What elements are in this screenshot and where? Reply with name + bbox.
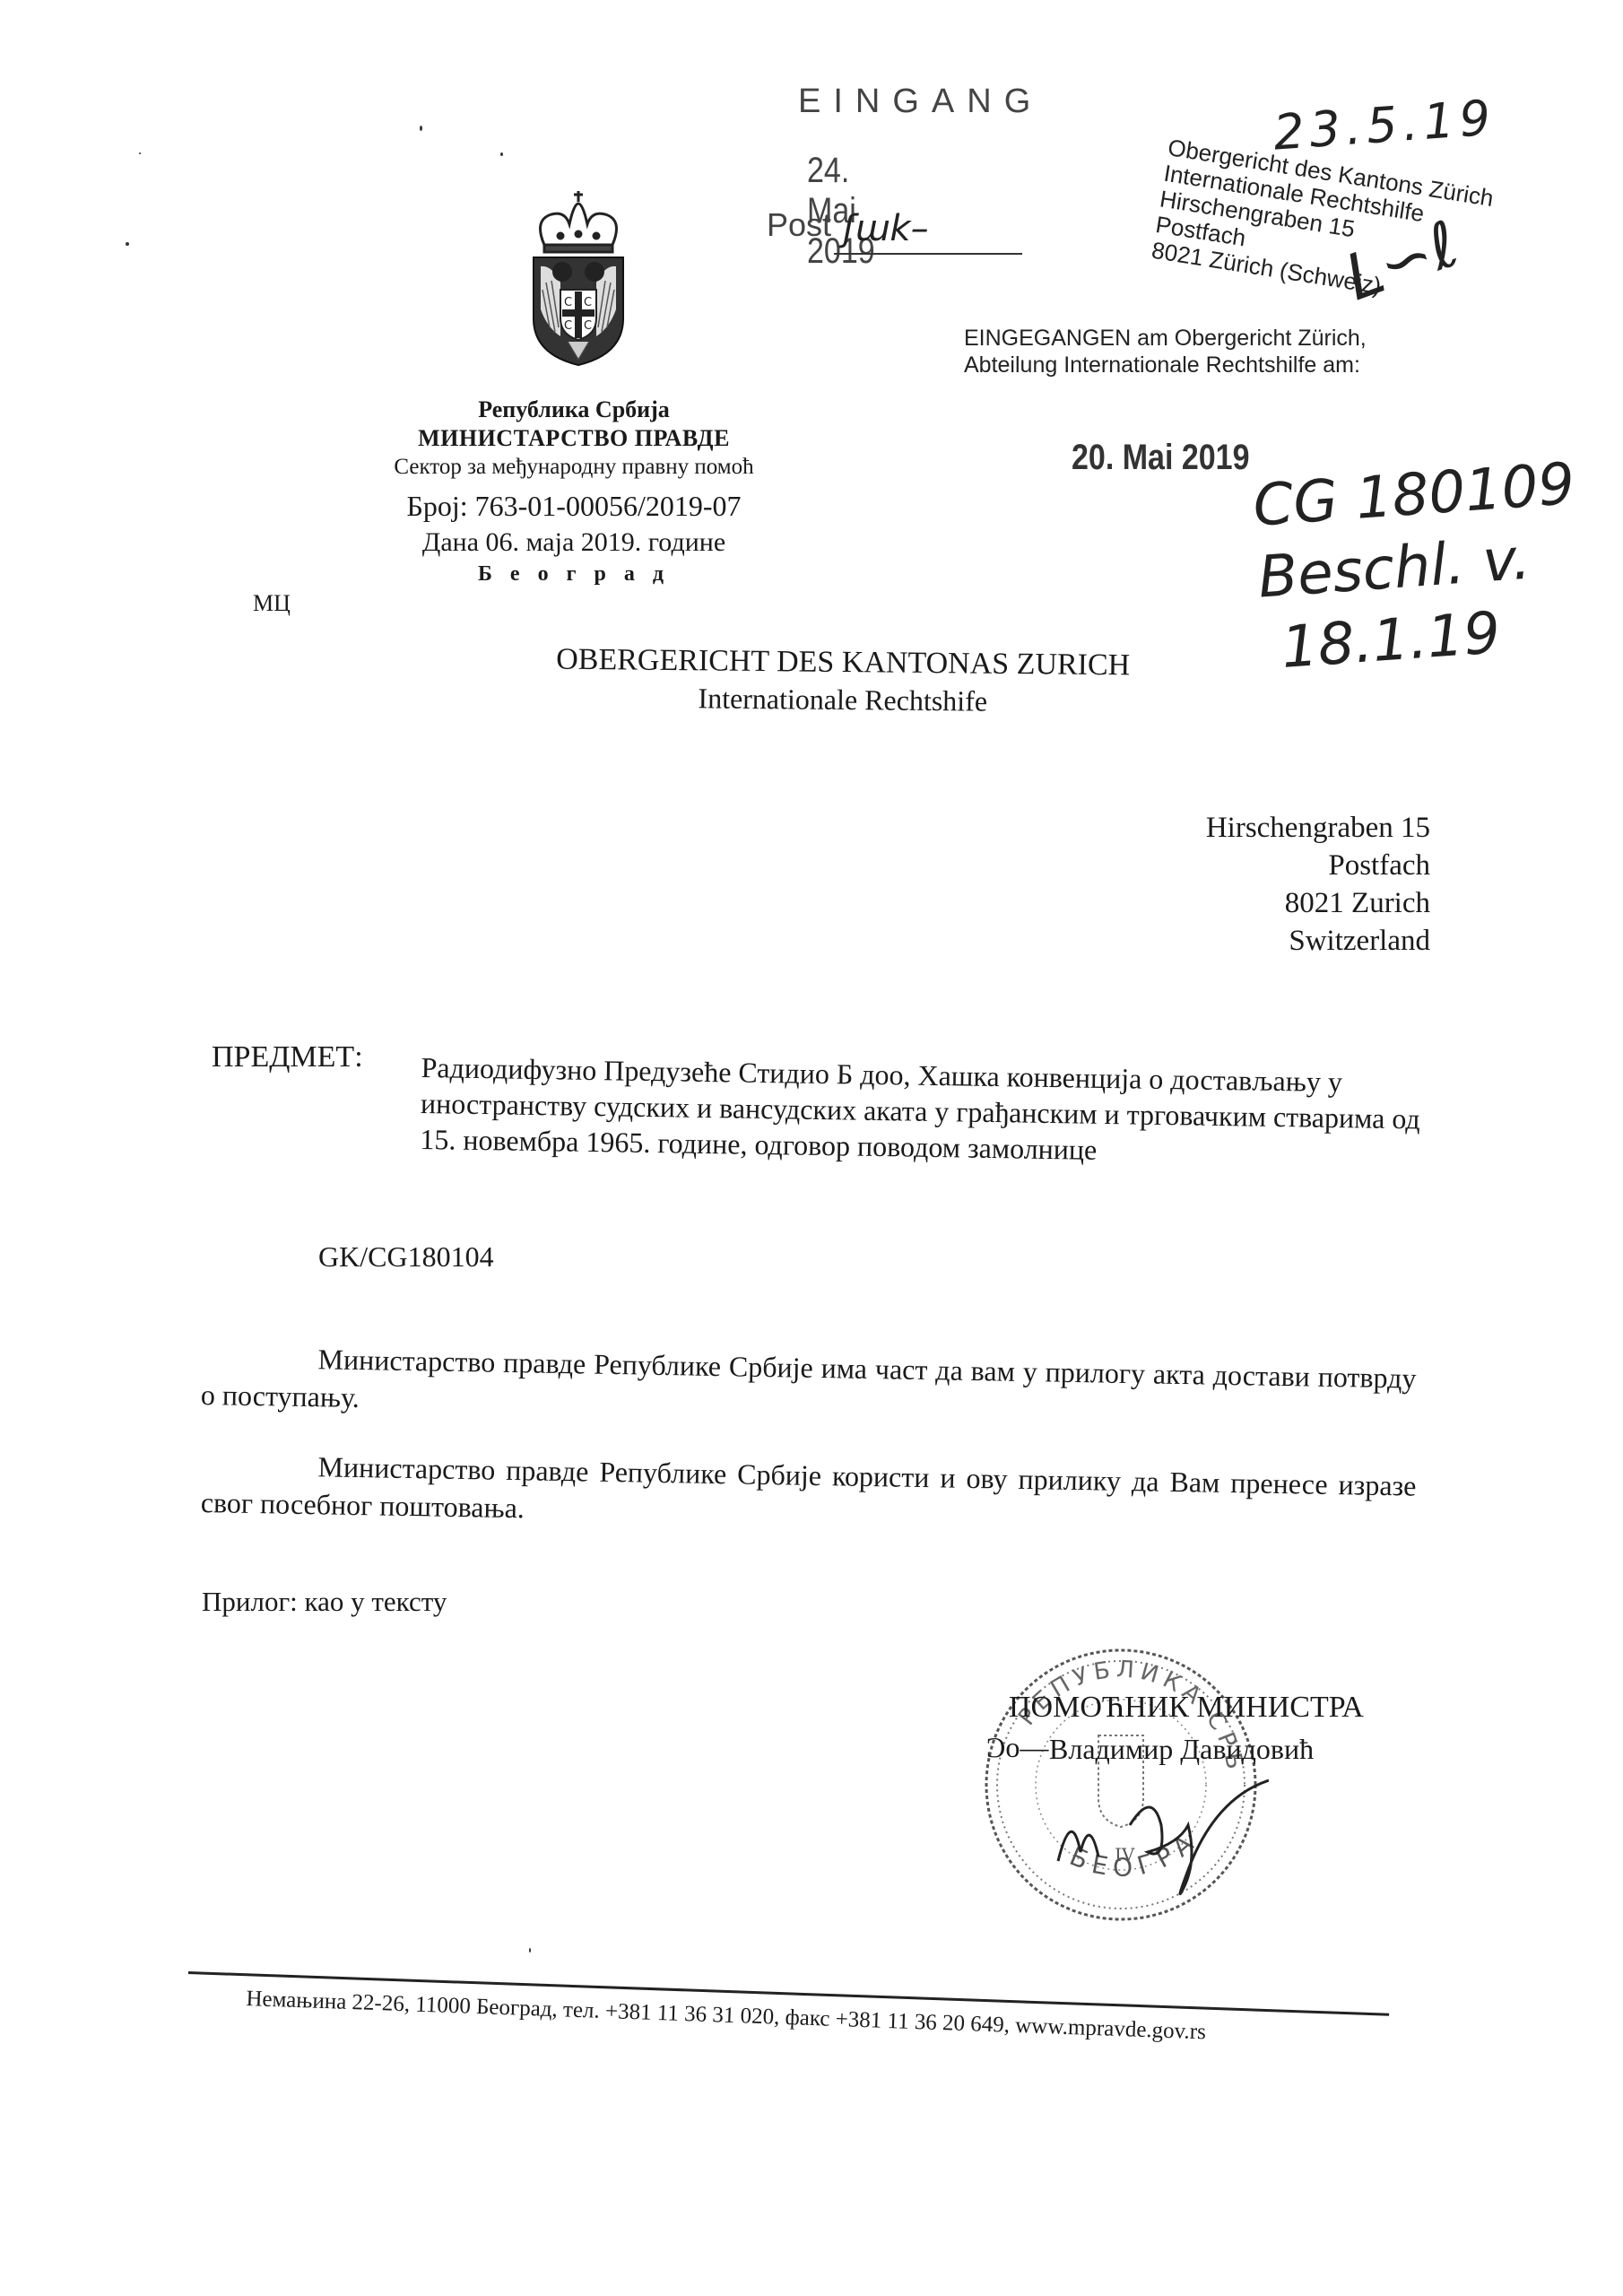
official-seal-icon: РЕПУБЛИКА СРБИЈА БЕОГРАД IV [973, 1637, 1269, 1933]
signature-prefix-mark: Ͻо— [986, 1731, 1048, 1764]
scan-speck [126, 242, 129, 246]
address-line: Postfach [1058, 847, 1430, 884]
svg-text:С: С [564, 319, 572, 333]
seal-number: IV [1115, 1844, 1135, 1865]
letterhead-date: Дана 06. маја 2019. године [341, 526, 807, 560]
letterhead-ministry: МИНИСТАРСТВО ПРАВДЕ [341, 425, 807, 452]
scan-speck [139, 152, 141, 154]
recipient-block: OBERGERICHT DES KANTONAS ZURICH Internat… [448, 639, 1238, 721]
handwritten-receipt-date: 23.5.19 [1271, 89, 1497, 161]
body-paragraph: Министарство правде Републике Србије кор… [201, 1446, 1417, 1543]
letterhead-number: Број: 763-01-00056/2019-07 [341, 486, 807, 526]
coat-of-arms-icon: С С С С [525, 184, 632, 368]
eingegangen-stamp: EINGEGANGEN am Obergericht Zürich, Abtei… [964, 325, 1367, 378]
signatory-name: Владимир Давидовић [1049, 1733, 1314, 1766]
paragraph-text: Министарство правде Републике Србије кор… [201, 1450, 1417, 1524]
scan-speck [420, 126, 422, 131]
eingang-stamp-signature-line [834, 253, 1022, 255]
letterhead-sector: Сектор за међународну правну помоћ [341, 452, 807, 483]
enclosure-note: Прилог: као у тексту [202, 1586, 447, 1618]
recipient-address: Hirschengraben 15 Postfach 8021 Zurich S… [1058, 809, 1430, 960]
author-initials: МЦ [253, 590, 291, 617]
eingegangen-date: 20. Mai 2019 [1072, 438, 1249, 478]
footer-contact: Немањина 22-26, 11000 Београд, тел. +381… [246, 1987, 1206, 2045]
ministry-letterhead: Република Србија МИНИСТАРСТВО ПРАВДЕ Сек… [341, 395, 807, 588]
letterhead-country: Република Србија [341, 395, 807, 425]
svg-text:С: С [564, 296, 572, 309]
signatory-title: ПОМОЋНИК МИНИСТРА [1009, 1691, 1364, 1725]
eingegangen-line-2: Abteilung Internationale Rechtshilfe am: [964, 352, 1367, 378]
paragraph-text: Министарство правде Републике Србије има… [201, 1343, 1417, 1413]
subject-text: Радиодифузно Предузеће Стидио Б доо, Хаш… [420, 1049, 1444, 1173]
address-line: Hirschengraben 15 [1058, 809, 1430, 847]
letterhead-city: Б е о г р а д [341, 560, 807, 588]
eingang-stamp-title: EINGANG [798, 83, 1043, 121]
address-line: Switzerland [1058, 922, 1430, 960]
handwritten-case-reference: CG 180109 Beschl. v. 18.1.19 [1251, 448, 1587, 685]
eingegangen-line-1: EINGEGANGEN am Obergericht Zürich, [964, 325, 1367, 352]
svg-text:С: С [584, 296, 592, 309]
eingang-stamp-post-label: Post [767, 206, 831, 244]
case-reference: GK/CG180104 [318, 1240, 494, 1274]
address-line: 8021 Zurich [1058, 884, 1430, 922]
svg-text:С: С [584, 319, 592, 333]
body-paragraph: Министарство правде Републике Србије има… [201, 1338, 1417, 1435]
eingang-stamp-initials: ʃɯk– [843, 208, 929, 249]
scan-speck [500, 152, 503, 156]
subject-label: ПРЕДМЕТ: [212, 1040, 363, 1074]
scan-speck [529, 1948, 531, 1952]
